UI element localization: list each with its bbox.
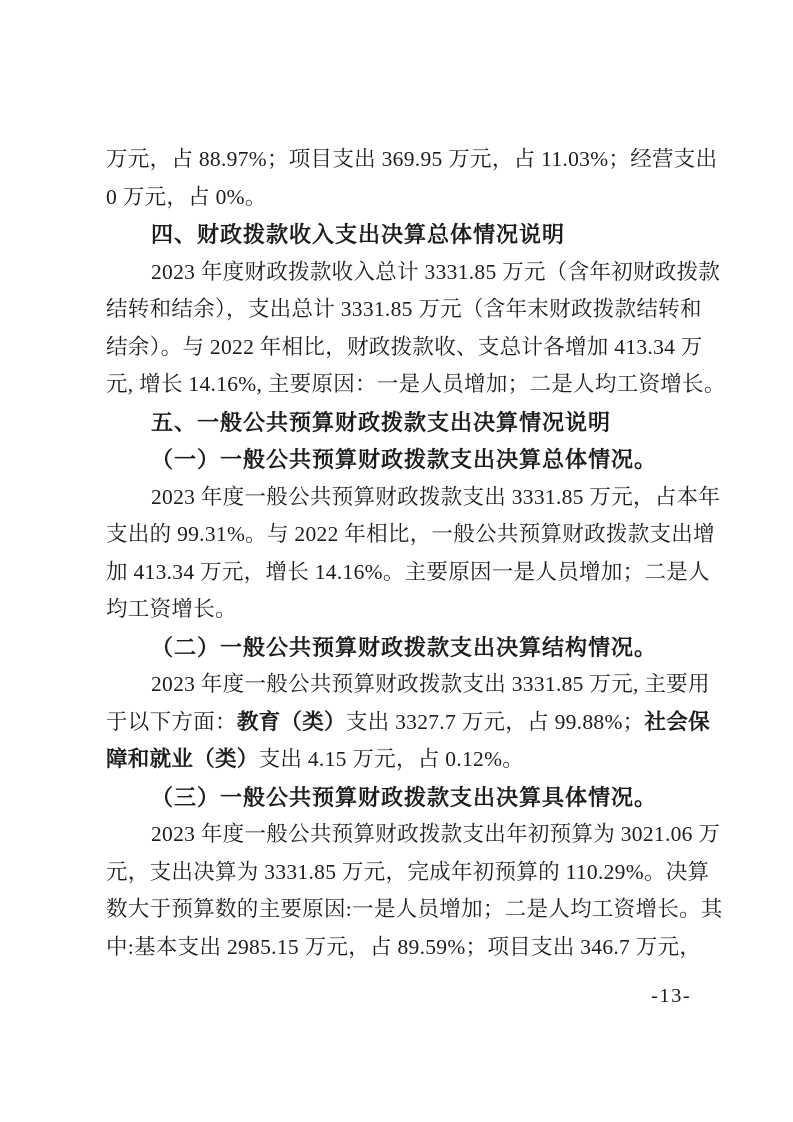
text-line: 元, 增长 14.16%, 主要原因：一是人员增加；二是人均工资增长。 — [106, 366, 700, 404]
page-number: -13- — [651, 985, 691, 1008]
text-line: 2023 年度一般公共预算财政拨款支出年初预算为 3021.06 万 — [106, 816, 700, 854]
text-segment-bold: 障和就业（类） — [106, 747, 259, 771]
text-segment: 支出 4.15 万元，占 0.12%。 — [259, 747, 525, 771]
text-segment-bold: 教育（类） — [237, 710, 346, 734]
document-text-block: 万元，占 88.97%；项目支出 369.95 万元，占 11.03%；经营支出… — [106, 141, 700, 966]
text-line: 元，支出决算为 3331.85 万元，完成年初预算的 110.29%。决算 — [106, 854, 700, 892]
text-segment-bold: 社会保 — [644, 710, 709, 734]
section-heading-5: 五、一般公共预算财政拨款支出决算情况说明 — [106, 404, 700, 442]
text-line: 支出的 99.31%。与 2022 年相比，一般公共预算财政拨款支出增 — [106, 516, 700, 554]
subsection-heading-3: （三）一般公共预算财政拨款支出决算具体情况。 — [106, 779, 700, 817]
text-segment: 支出 3327.7 万元，占 99.88%； — [346, 710, 645, 734]
text-line: 障和就业（类）支出 4.15 万元，占 0.12%。 — [106, 741, 700, 779]
text-segment: 于以下方面： — [106, 710, 237, 734]
subsection-heading-1: （一）一般公共预算财政拨款支出决算总体情况。 — [106, 441, 700, 479]
text-line: 于以下方面：教育（类）支出 3327.7 万元，占 99.88%；社会保 — [106, 704, 700, 742]
text-line: 加 413.34 万元，增长 14.16%。主要原因一是人员增加；二是人 — [106, 554, 700, 592]
text-line: 2023 年度财政拨款收入总计 3331.85 万元（含年初财政拨款 — [106, 254, 700, 292]
text-line: 中:基本支出 2985.15 万元，占 89.59%；项目支出 346.7 万元… — [106, 929, 700, 967]
text-line: 0 万元，占 0%。 — [106, 179, 700, 217]
text-line: 均工资增长。 — [106, 591, 700, 629]
text-line: 2023 年度一般公共预算财政拨款支出 3331.85 万元, 主要用 — [106, 666, 700, 704]
text-line: 结转和结余），支出总计 3331.85 万元（含年末财政拨款结转和 — [106, 291, 700, 329]
text-line: 2023 年度一般公共预算财政拨款支出 3331.85 万元，占本年 — [106, 479, 700, 517]
subsection-heading-2: （二）一般公共预算财政拨款支出决算结构情况。 — [106, 629, 700, 667]
document-page: 万元，占 88.97%；项目支出 369.95 万元，占 11.03%；经营支出… — [0, 0, 793, 1122]
section-heading-4: 四、财政拨款收入支出决算总体情况说明 — [106, 216, 700, 254]
text-line: 数大于预算数的主要原因:一是人员增加；二是人均工资增长。其 — [106, 891, 700, 929]
text-line: 万元，占 88.97%；项目支出 369.95 万元，占 11.03%；经营支出 — [106, 141, 700, 179]
text-line: 结余）。与 2022 年相比，财政拨款收、支总计各增加 413.34 万 — [106, 329, 700, 367]
